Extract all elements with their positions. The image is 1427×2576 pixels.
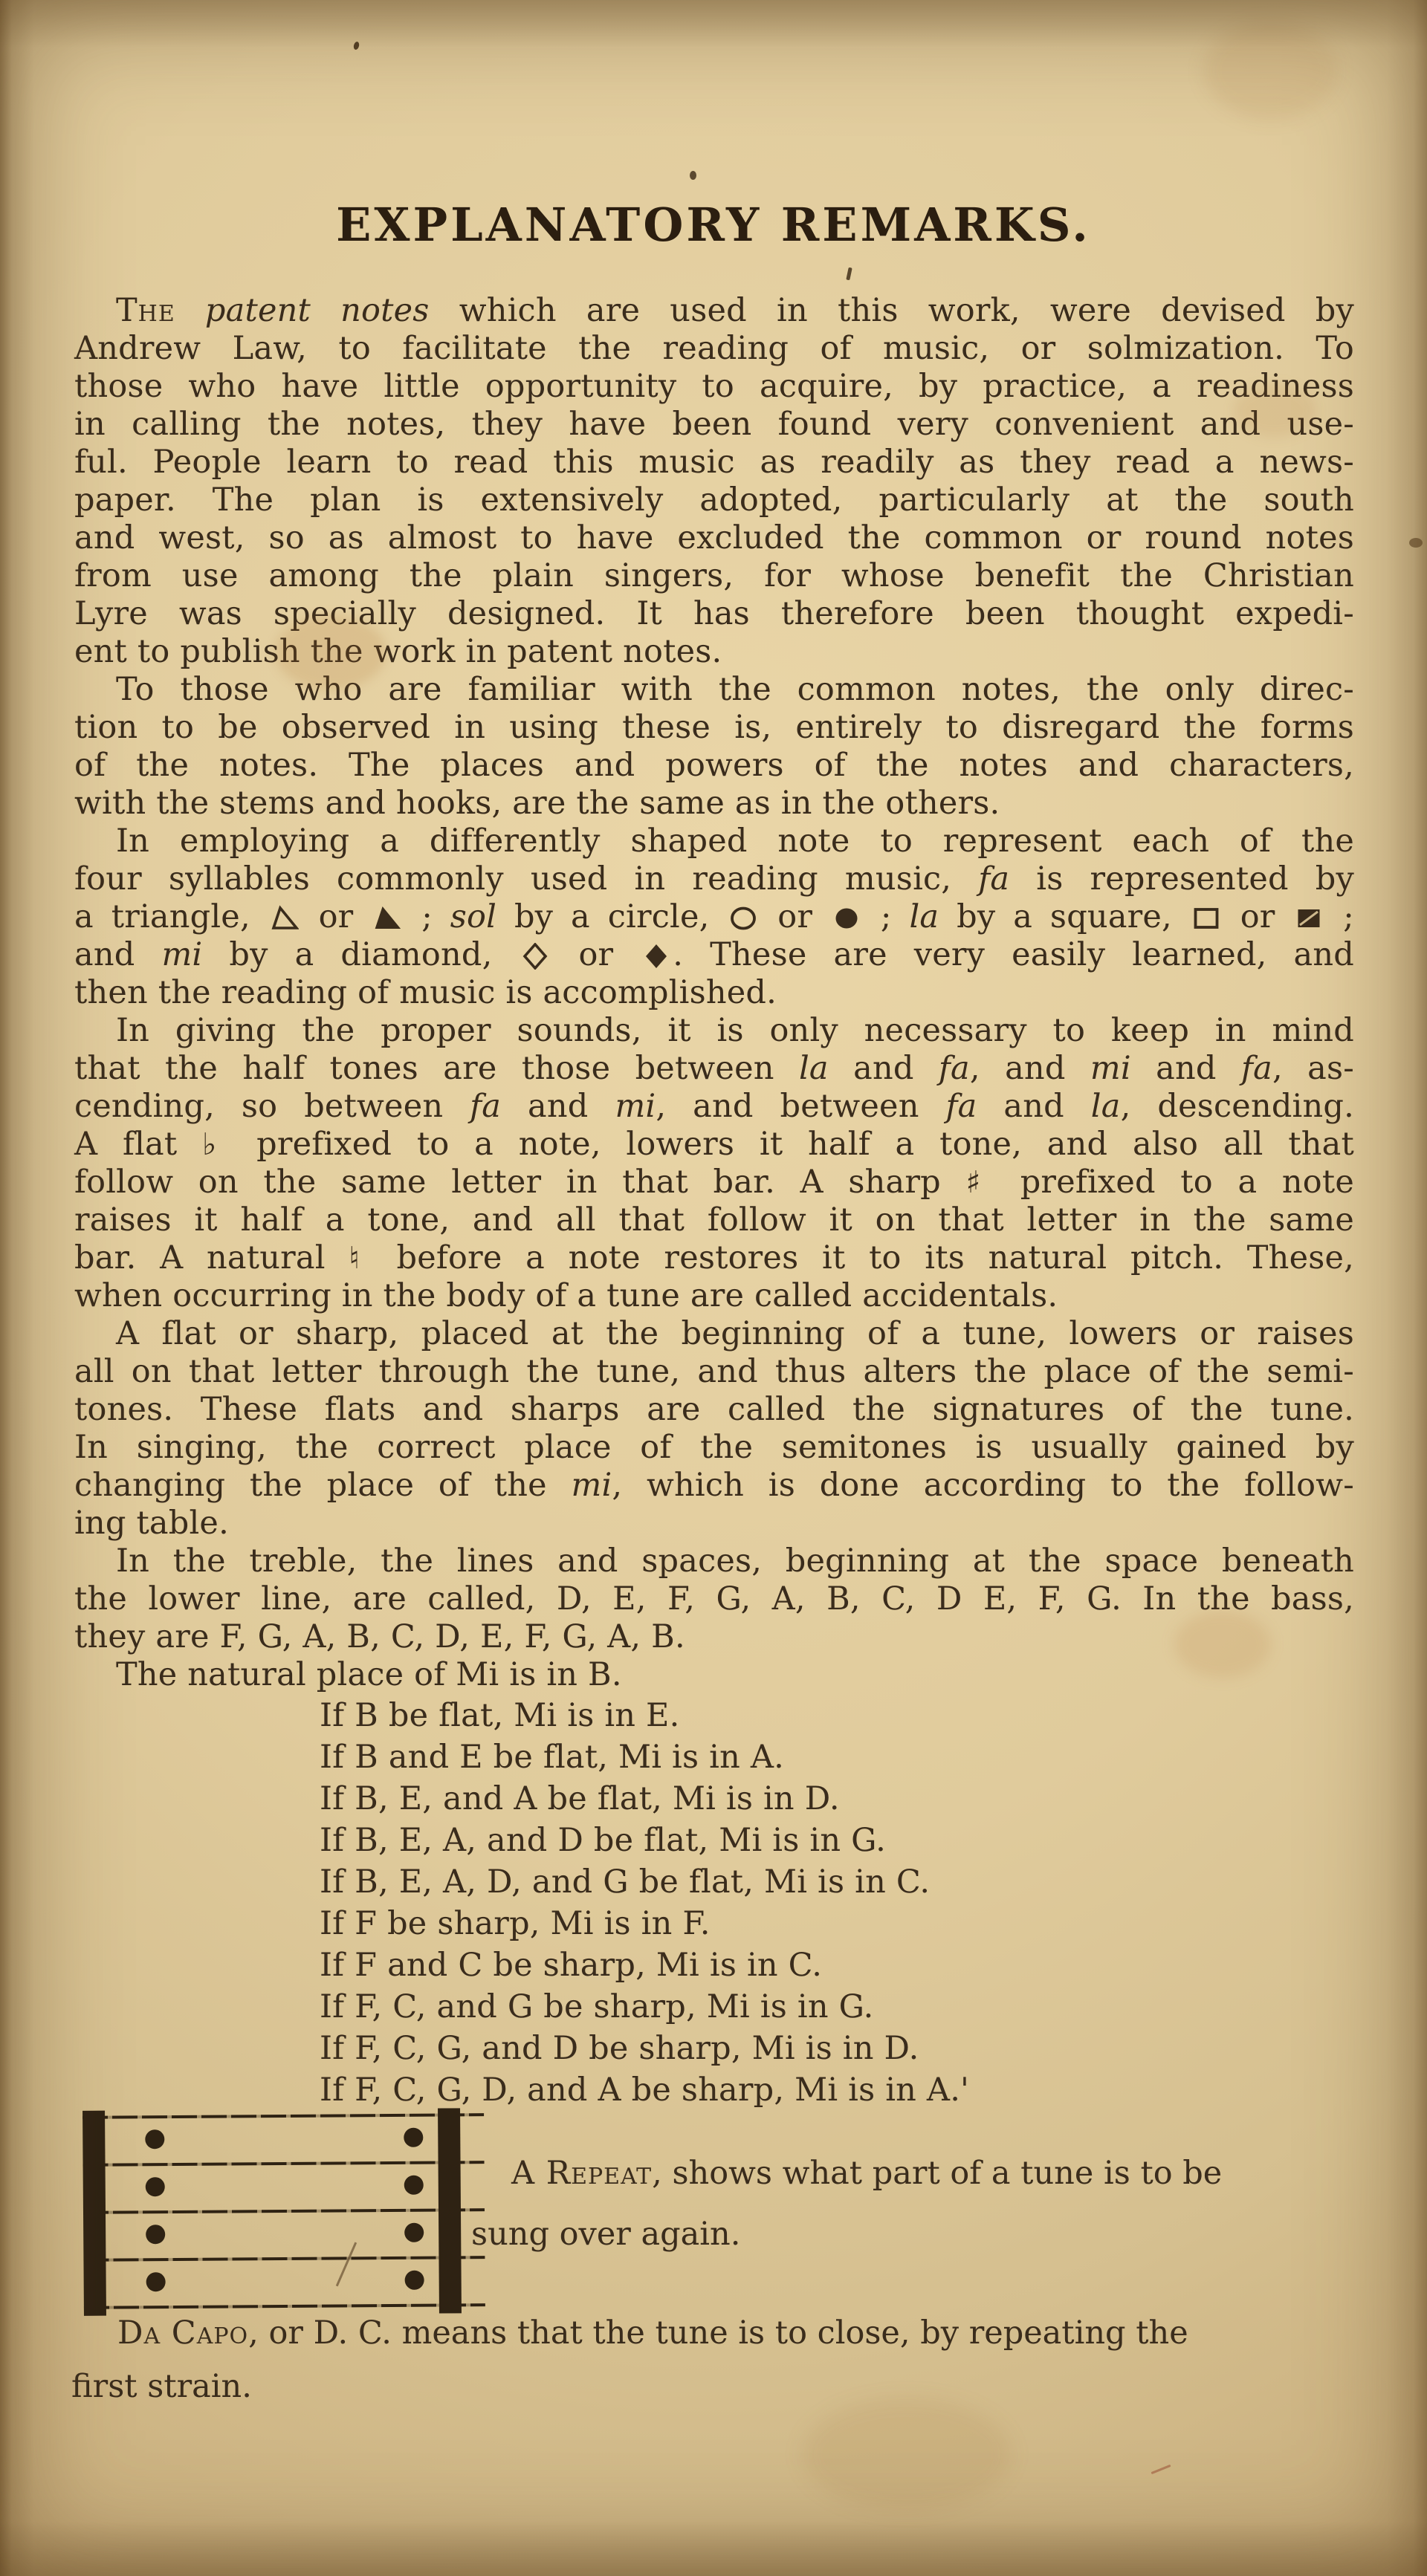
text-segment: A flat or sharp, placed at the beginning… [116,1315,1354,1352]
text-segment: la [1091,1088,1121,1125]
text-segment: and [829,1050,939,1087]
text-segment: first strain. [71,2368,252,2405]
text-line: in calling the notes, they have been fou… [74,406,1354,444]
text-segment: , and between [656,1088,945,1125]
text-segment: or [301,898,372,935]
mi-placement-list: If B be flat, Mi is in E.If B and E be f… [74,1695,1354,2111]
text-segment: follow on the same letter in that bar. A… [74,1164,965,1201]
text-line: of the notes. The places and powers of t… [74,747,1354,785]
text-segment: ; [404,898,450,935]
text-segment: mi [615,1088,656,1125]
text-line: from use among the plain singers, for wh… [74,557,1354,595]
text-segment: mi [571,1467,612,1504]
text-segment: fa [978,860,1009,898]
scratch-mark [336,2242,357,2286]
ink-speck [846,267,852,281]
text-line: Lyre was specially designed. It has ther… [74,595,1354,633]
square-filled-note-icon [1295,905,1323,932]
text-segment: which are used in this work, were devise… [430,292,1354,329]
text-line: In the treble, the lines and spaces, beg… [74,1542,1354,1580]
text-segment: with the stems and hooks, are the same a… [74,785,1000,822]
text-segment: before a note restores it to its natural… [373,1239,1354,1276]
text-segment: ♭ [202,1126,231,1162]
text-segment: and [977,1088,1090,1125]
text-segment: la [909,898,939,935]
text-segment: . These are very easily learned, and [673,936,1354,973]
text-line: they are F, G, A, B, C, D, E, F, G, A, B… [74,1618,1354,1656]
text-line: In singing, the correct place of the sem… [74,1429,1354,1467]
repeat-dot [404,2176,424,2195]
square-open-note-icon [1192,905,1220,932]
text-segment: tones. These flats and sharps are called… [74,1391,1354,1428]
paragraph-intro: The patent notes which are used in this … [74,292,1354,671]
page-title: EXPLANATORY REMARKS. [0,198,1427,252]
text-segment: then the reading of music is accomplishe… [74,974,777,1011]
text-line: follow on the same letter in that bar. A… [74,1164,1354,1201]
text-segment: in calling the notes, they have been fou… [74,406,1354,443]
stain [1204,22,1338,119]
text-segment: In the treble, the lines and spaces, beg… [116,1542,1354,1580]
text-segment: The natural place of Mi is in B. [116,1656,622,1693]
text-segment: fa [946,1088,977,1125]
text-line: four syllables commonly used in reading … [74,860,1354,898]
text-segment: by a circle, [496,898,727,935]
text-line: ing table. [74,1505,1354,1542]
paragraph-natural-place: The natural place of Mi is in B. [74,1656,1354,1694]
text-segment: of the notes. The places and powers of t… [74,747,1354,784]
text-segment: or [1223,898,1293,935]
text-segment: Lyre was specially designed. It has ther… [74,595,1354,632]
text-line: that the half tones are those between la… [74,1050,1354,1088]
text-segment: is represented by [1009,860,1354,898]
text-line: tion to be observed in using these is, e… [74,709,1354,747]
text-segment: they are F, G, A, B, C, D, E, F, G, A, B… [74,1618,685,1655]
paragraph-signatures: A flat or sharp, placed at the beginning… [74,1315,1354,1542]
text-segment: , shows what part of a tune is to be [652,2155,1222,2192]
list-item: If B and E be flat, Mi is in A. [74,1736,1354,1778]
list-item: If B, E, and A be flat, Mi is in D. [74,1778,1354,1820]
text-line: with the stems and hooks, are the same a… [74,785,1354,823]
text-segment: those who have little opportunity to acq… [74,368,1354,405]
text-segment: and [74,936,161,973]
text-line: The natural place of Mi is in B. [74,1656,1354,1694]
text-segment: all on that letter through the tune, and… [74,1353,1354,1390]
text-segment: la [799,1050,829,1087]
list-item: If B, E, A, and D be flat, Mi is in G. [74,1820,1354,1861]
text-segment: a triangle, [74,898,268,935]
text-line: A Repeat, shows what part of a tune is t… [471,2143,1381,2204]
text-line: A flat ♭ prefixed to a note, lowers it h… [74,1126,1354,1164]
text-line: first strain. [71,2360,1379,2413]
text-segment: In employing a differently shaped note t… [116,823,1354,860]
text-line: then the reading of music is accomplishe… [74,974,1354,1012]
text-segment: mi [161,936,202,973]
text-segment: from use among the plain singers, for wh… [74,557,1354,594]
text-line: tones. These flats and sharps are called… [74,1391,1354,1429]
text-line: In giving the proper sounds, it is only … [74,1012,1354,1050]
text-segment: when occurring in the body of a tune are… [74,1277,1058,1314]
body-text: The patent notes which are used in this … [74,292,1354,2111]
text-line: all on that letter through the tune, and… [74,1353,1354,1391]
text-line: raises it half a tone, and all that foll… [74,1201,1354,1239]
text-segment: raises it half a tone, and all that foll… [74,1201,1354,1239]
ink-speck [690,171,696,180]
text-segment: fa [1241,1050,1272,1087]
text-line: those who have little opportunity to acq… [74,368,1354,406]
text-segment: and west, so as almost to have excluded … [74,519,1354,557]
repeat-dot [405,2271,424,2290]
text-segment: A Repeat [511,2155,652,2192]
text-segment: or [760,898,830,935]
diamond-filled-note-icon [642,943,670,970]
repeat-dot [145,2129,164,2149]
repeat-note: A Repeat, shows what part of a tune is t… [471,2143,1381,2265]
text-segment: , or D. C. means that the tune is to clo… [248,2314,1188,2352]
text-line: a triangle, or ; sol by a circle, or ; l… [74,898,1354,936]
text-line: ful. People learn to read this music as … [74,444,1354,481]
text-line: The patent notes which are used in this … [74,292,1354,330]
text-segment: and [1131,1050,1241,1087]
text-line: To those who are familiar with the commo… [74,671,1354,709]
repeat-dot [146,2177,165,2196]
staff-line [83,2256,485,2262]
repeat-dot [404,2223,424,2242]
paragraph-treble-bass: In the treble, the lines and spaces, beg… [74,1542,1354,1656]
text-line: the lower line, are called, D, E, F, G, … [74,1580,1354,1618]
text-line: In employing a differently shaped note t… [74,823,1354,860]
text-segment: prefixed to a note [995,1164,1354,1201]
staff-line [82,2113,484,2119]
text-line: cending, so between fa and mi, and betwe… [74,1088,1354,1126]
text-line: ent to publish the work in patent notes. [74,633,1354,671]
text-line: sung over again. [471,2204,1381,2265]
list-item: If B be flat, Mi is in E. [74,1695,1354,1736]
text-segment: four syllables commonly used in reading … [74,860,978,898]
text-segment: the lower line, are called, D, E, F, G, … [74,1580,1354,1618]
text-segment: To those who are familiar with the commo… [116,671,1354,708]
triangle-open-note-icon [271,905,299,932]
text-segment: , as- [1272,1050,1354,1087]
list-item: If F be sharp, Mi is in F. [74,1903,1354,1944]
scanned-book-page: EXPLANATORY REMARKS. The patent notes wh… [0,0,1427,2576]
text-segment: ful. People learn to read this music as … [74,444,1354,481]
text-segment: or [551,936,640,973]
text-line: Da Capo, or D. C. means that the tune is… [71,2306,1379,2360]
text-segment: prefixed to a note, lowers it half a ton… [231,1126,1354,1163]
text-line: Andrew Law, to facilitate the reading of… [74,330,1354,368]
text-segment: , and [970,1050,1090,1087]
text-segment: fa [939,1050,970,1087]
text-segment: ent to publish the work in patent notes. [74,633,722,670]
circle-open-note-icon [729,905,757,932]
text-line: paper. The plan is extensively adopted, … [74,481,1354,519]
bar-line-right [438,2108,462,2313]
bar-line-left [82,2111,106,2316]
text-segment: tion to be observed in using these is, e… [74,709,1354,746]
text-segment: , descending. [1121,1088,1354,1125]
text-segment: by a diamond, [202,936,519,973]
list-item: If F, C, G, D, and A be sharp, Mi is in … [74,2069,1354,2111]
text-segment: Andrew Law, to facilitate the reading of… [74,330,1354,367]
text-segment: , which is done according to the follow- [612,1467,1354,1504]
circle-filled-note-icon [832,905,861,932]
text-line: A flat or sharp, placed at the beginning… [74,1315,1354,1353]
repeat-dot [404,2128,423,2147]
text-segment: In giving the proper sounds, it is only … [116,1012,1354,1049]
list-item: If F, C, and G be sharp, Mi is in G. [74,1986,1354,2028]
repeat-sign-figure [82,2113,485,2311]
paragraph-common-notes: To those who are familiar with the commo… [74,671,1354,823]
text-segment: fa [470,1088,501,1125]
ink-speck [353,41,360,50]
text-segment: changing the place of the [74,1467,571,1504]
text-segment: ♮ [349,1240,373,1276]
staff-line [83,2161,485,2167]
text-segment [175,292,205,329]
pencil-mark [1151,2465,1171,2474]
text-segment: by a square, [939,898,1190,935]
stain [803,2398,1011,2510]
text-segment: ing table. [74,1505,229,1542]
list-item: If B, E, A, D, and G be flat, Mi is in C… [74,1861,1354,1903]
paragraph-half-tones: In giving the proper sounds, it is only … [74,1012,1354,1315]
text-line: when occurring in the body of a tune are… [74,1277,1354,1315]
text-line: and mi by a diamond, or . These are very… [74,936,1354,974]
list-item: If F, C, G, and D be sharp, Mi is in D. [74,2028,1354,2069]
text-segment: patent notes [205,292,430,329]
triangle-filled-note-icon [373,905,401,932]
text-segment: bar. A natural [74,1239,349,1276]
text-line: and west, so as almost to have excluded … [74,519,1354,557]
text-segment: that the half tones are those between [74,1050,799,1087]
text-segment: ; [1325,898,1354,935]
text-segment: paper. The plan is extensively adopted, … [74,481,1354,519]
text-segment: In singing, the correct place of the sem… [74,1429,1354,1466]
text-segment: sung over again. [471,2216,740,2253]
da-capo-note: Da Capo, or D. C. means that the tune is… [71,2306,1379,2413]
text-segment: and [501,1088,615,1125]
text-segment: ; [863,898,909,935]
text-segment: sol [450,898,496,935]
text-segment: ♯ [965,1164,995,1200]
text-line: changing the place of the mi, which is d… [74,1467,1354,1505]
text-segment: mi [1090,1050,1131,1087]
list-item: If F and C be sharp, Mi is in C. [74,1944,1354,1986]
text-segment: cending, so between [74,1088,470,1125]
text-segment: A flat [74,1126,202,1163]
paragraph-shaped-notes: In employing a differently shaped note t… [74,823,1354,1012]
body-paragraphs: The patent notes which are used in this … [74,292,1354,1694]
ink-speck [1409,538,1423,548]
repeat-dot [146,2225,165,2244]
text-segment: Da Capo [117,2314,248,2352]
repeat-dot [146,2272,166,2291]
text-line: bar. A natural ♮ before a note restores … [74,1239,1354,1277]
diamond-open-note-icon [521,943,549,970]
staff-line [83,2208,485,2214]
text-segment: The [116,292,175,329]
